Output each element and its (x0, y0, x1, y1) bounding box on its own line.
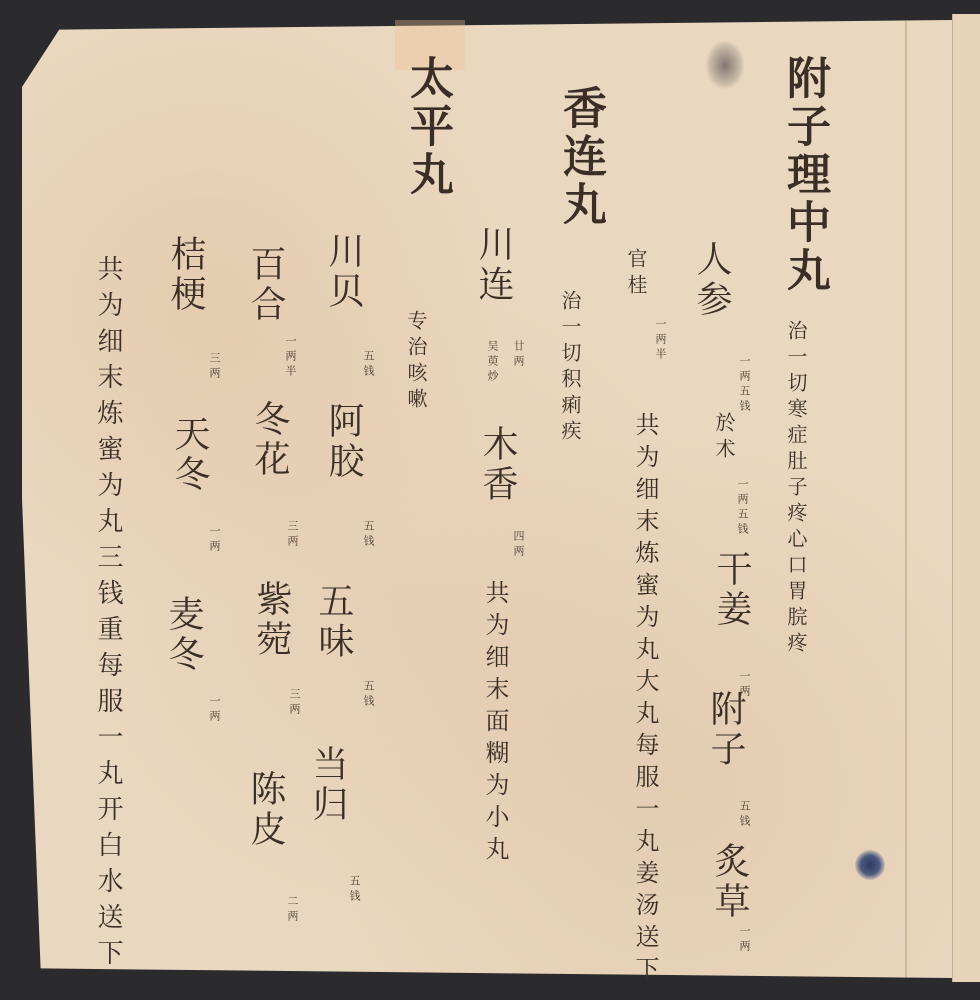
ingredient-name: 官桂 (622, 248, 651, 300)
ingredient-name: 陈皮 (240, 770, 291, 850)
ingredient-dose: 四两 (510, 530, 526, 560)
recipe-indication-fuzi-lizhong: 治一切寒症肚子疼心口胃脘疼 (782, 320, 811, 658)
ingredient-name: 百合 (240, 245, 291, 325)
ingredient-note: 吴萸炒 (484, 340, 500, 385)
ingredient-dose: 一两 (736, 925, 752, 955)
ink-smudge (705, 40, 745, 90)
ingredient-name: 干姜 (706, 550, 757, 630)
ingredient-dose: 五钱 (360, 520, 376, 550)
ingredient-dose: 廿两 (510, 340, 526, 370)
preparation-taiping: 共为细末炼蜜为丸三钱重每服一丸开白水送下 (90, 255, 127, 975)
ingredient-name: 桔梗 (160, 235, 211, 315)
ingredient-name: 紫菀 (246, 580, 297, 660)
ingredient-dose: 三两 (284, 520, 300, 550)
ingredient-name: 当归 (302, 745, 353, 825)
recipe-title-taiping: 太平丸 (395, 55, 459, 199)
ingredient-name: 冬花 (244, 400, 295, 480)
ingredient-dose: 一两五钱 (734, 478, 750, 538)
blue-ink-stain (855, 850, 885, 880)
ingredient-name: 麦冬 (158, 595, 209, 675)
ingredient-dose: 一两 (206, 695, 222, 725)
ingredient-name: 川连 (468, 225, 519, 305)
ingredient-name: 炙草 (704, 842, 755, 922)
ingredient-dose: 三两 (206, 352, 222, 382)
ingredient-dose: 五钱 (360, 350, 376, 380)
ingredient-dose: 一两五钱 (736, 355, 752, 415)
ingredient-dose: 三两 (286, 688, 302, 718)
ingredient-dose: 一两半 (652, 318, 668, 363)
ingredient-dose: 二两 (284, 895, 300, 925)
recipe-indication-taiping: 专治咳嗽 (402, 310, 431, 414)
ingredient-dose: 五钱 (736, 800, 752, 830)
ingredient-name: 人参 (686, 240, 737, 320)
ingredient-dose: 一两 (206, 525, 222, 555)
ingredient-name: 天冬 (164, 415, 215, 495)
page-fold-line (905, 20, 907, 978)
next-leaf-edge (952, 14, 980, 982)
ingredient-name: 川贝 (318, 232, 369, 312)
recipe-indication-xianglian: 治一切积痢疾 (556, 290, 585, 446)
ingredient-name: 五味 (308, 582, 359, 662)
ingredient-dose: 五钱 (360, 680, 376, 710)
ingredient-name: 附子 (700, 690, 751, 770)
preparation-fuzi-lizhong: 共为细末炼蜜为丸大丸每服一丸姜汤送下 (628, 412, 663, 988)
recipe-title-fuzi-lizhong: 附子理中丸 (772, 55, 836, 295)
recipe-title-xianglian: 香连丸 (548, 85, 612, 229)
ingredient-name: 於术 (710, 412, 739, 464)
ingredient-dose: 五钱 (346, 875, 362, 905)
preparation-xianglian: 共为细末面糊为小丸 (478, 580, 513, 868)
ingredient-name: 阿胶 (318, 402, 369, 482)
ingredient-name: 木香 (472, 425, 523, 505)
ingredient-dose: 一两半 (282, 335, 298, 380)
